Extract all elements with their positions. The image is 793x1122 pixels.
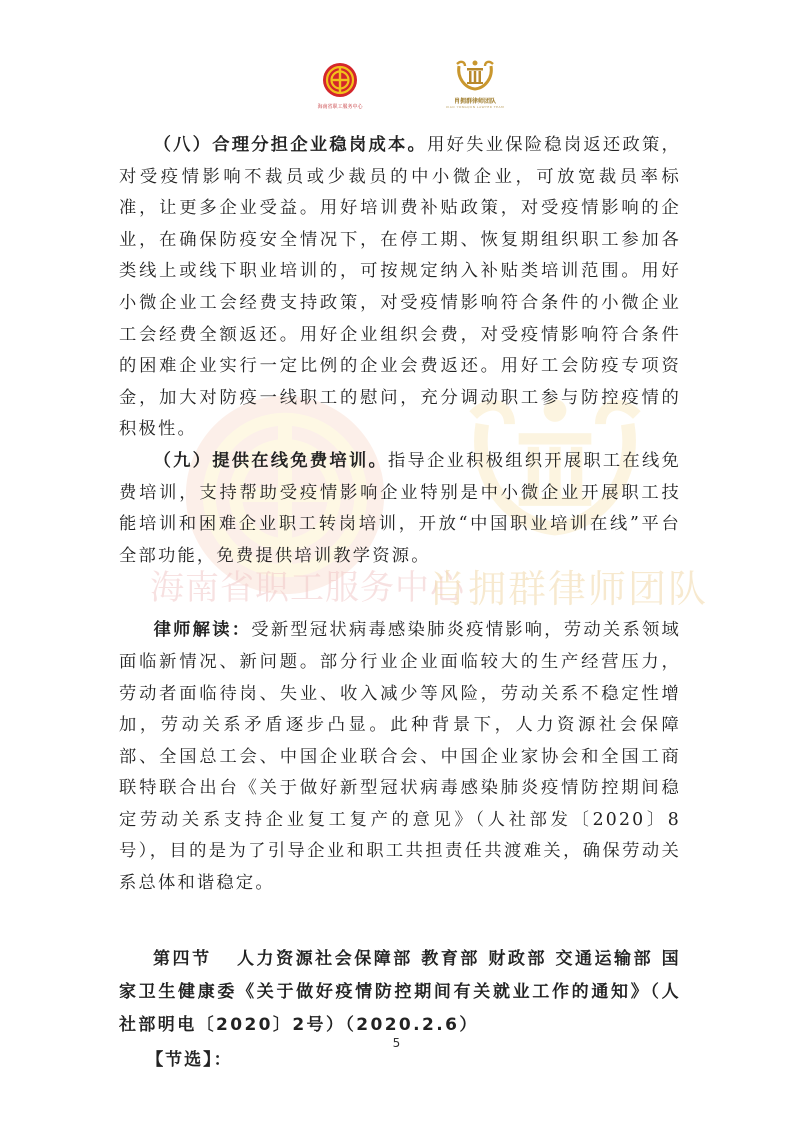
union-logo-caption: 海南省职工服务中心 bbox=[300, 103, 380, 110]
union-logo: 海南省职工服务中心 bbox=[300, 62, 380, 110]
item-9-heading: （九）提供在线免费培训。 bbox=[154, 451, 388, 471]
paragraph-item-8: （八）合理分担企业稳岗成本。用好失业保险稳岗返还政策，对受疫情影响不裁员或少裁员… bbox=[119, 130, 681, 446]
lawyer-commentary-body: 受新型冠状病毒感染肺炎疫情影响，劳动关系领域面临新情况、新问题。部分行业企业面临… bbox=[119, 620, 681, 893]
item-8-body: 用好失业保险稳岗返还政策，对受疫情影响不裁员或少裁员的中小微企业，可放宽裁员率标… bbox=[119, 135, 681, 439]
section-4-label: 第四节 bbox=[153, 949, 212, 969]
law-team-logo: 肖拥群律师团队 XIAO YONGQUN LAWYER TEAM bbox=[425, 58, 525, 109]
law-team-logo-caption: 肖拥群律师团队 bbox=[425, 96, 525, 105]
law-team-logo-subcaption: XIAO YONGQUN LAWYER TEAM bbox=[425, 105, 525, 109]
header-logos: 海南省职工服务中心 肖拥群律师团队 XIAO YONGQUN LAWYER TE… bbox=[0, 62, 793, 122]
paragraph-lawyer-commentary: 律师解读：受新型冠状病毒感染肺炎疫情影响，劳动关系领域面临新情况、新问题。部分行… bbox=[119, 615, 681, 899]
lawyer-commentary-label: 律师解读： bbox=[154, 620, 252, 640]
spacer bbox=[119, 900, 681, 943]
trade-union-emblem-icon bbox=[322, 62, 358, 98]
spacer bbox=[119, 572, 681, 615]
law-pillar-emblem-icon bbox=[453, 58, 497, 92]
paragraph-item-9: （九）提供在线免费培训。指导企业积极组织开展职工在线免费培训，支持帮助受疫情影响… bbox=[119, 446, 681, 572]
page-number: 5 bbox=[0, 1036, 793, 1050]
item-8-heading: （八）合理分担企业稳岗成本。 bbox=[154, 135, 428, 155]
section-4-heading: 第四节 人力资源社会保障部 教育部 财政部 交通运输部 国家卫生健康委《关于做好… bbox=[119, 943, 681, 1042]
document-body: （八）合理分担企业稳岗成本。用好失业保险稳岗返还政策，对受疫情影响不裁员或少裁员… bbox=[119, 130, 681, 1077]
